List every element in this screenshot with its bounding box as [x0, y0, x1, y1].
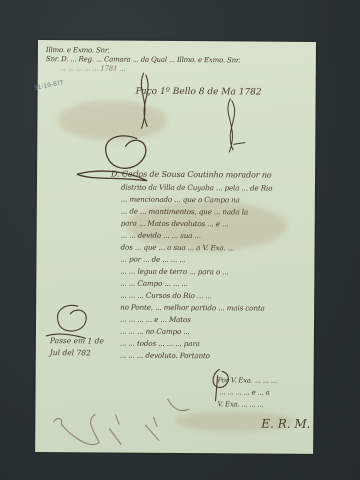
margin-note-line-1: Passe em 1 de: [50, 337, 104, 345]
flourish-mark-left: [129, 71, 159, 131]
initial-d-flourish: [67, 130, 157, 191]
body-line-11: ... ... ... Cursos do Rio ... ...: [120, 292, 212, 300]
body-line-7: dos ... que ... a sua ... a V. Exa. ...: [121, 244, 235, 252]
body-line-8: ... por ... de ... ... ...: [120, 256, 185, 264]
body-line-1: D. Carlos de Sousa Coutinho morador no: [111, 171, 271, 180]
header-line-1: Illmo. e Exmo. Snr.: [46, 47, 109, 54]
body-line-2: distrito da Villa de Cuyaba ... pela ...…: [121, 184, 272, 192]
body-line-14: ... ... ... no Campo ...: [120, 328, 190, 336]
body-line-3: ... mencionado ... que o Campo na: [121, 196, 240, 204]
closing-line-3: V. Exa. ... ... ...: [217, 401, 263, 408]
body-line-12: no Ponte, ... melhor partido ... mais co…: [120, 304, 265, 312]
archive-number: 31-10-8??: [33, 79, 64, 92]
body-line-16: ... ... ... devoluto. Portanto: [120, 352, 210, 360]
body-line-6: ... ... devido ... ... sua ...: [121, 232, 201, 240]
faded-signature: [49, 394, 199, 455]
body-line-15: ... ... todos ... ... ... para: [120, 340, 200, 348]
body-line-13: ... ... ... ... e ... Matos: [120, 316, 191, 324]
closing-line-2: ... ... ... ... e ... a: [220, 389, 270, 396]
header-line-3: ... ... ... ... ... 1781 ...: [60, 65, 126, 72]
body-line-4: ... de ... mantimentos, que ... nada la: [121, 208, 248, 216]
closing-p-flourish: [205, 367, 235, 403]
body-line-9: ... ... legua de terra ... para o ...: [120, 268, 228, 276]
body-line-10: ... ... Campo ... ... ...: [120, 280, 188, 288]
body-line-5: para ... Matos devolutos ... e ...: [121, 220, 229, 228]
margin-note-line-2: Jul del 782: [50, 349, 91, 357]
closing-line-1: Por V. Exa. ... ... ...: [218, 377, 277, 384]
manuscript-page: Illmo. e Exmo. Snr. Snr. D. ... Reg. ...…: [35, 40, 316, 454]
header-line-2: Snr. D. ... Reg. ... Camara ... da Qual …: [46, 56, 241, 64]
closing-abbrev: E. R. M.: [261, 418, 310, 430]
flourish-mark-center: [213, 96, 247, 156]
